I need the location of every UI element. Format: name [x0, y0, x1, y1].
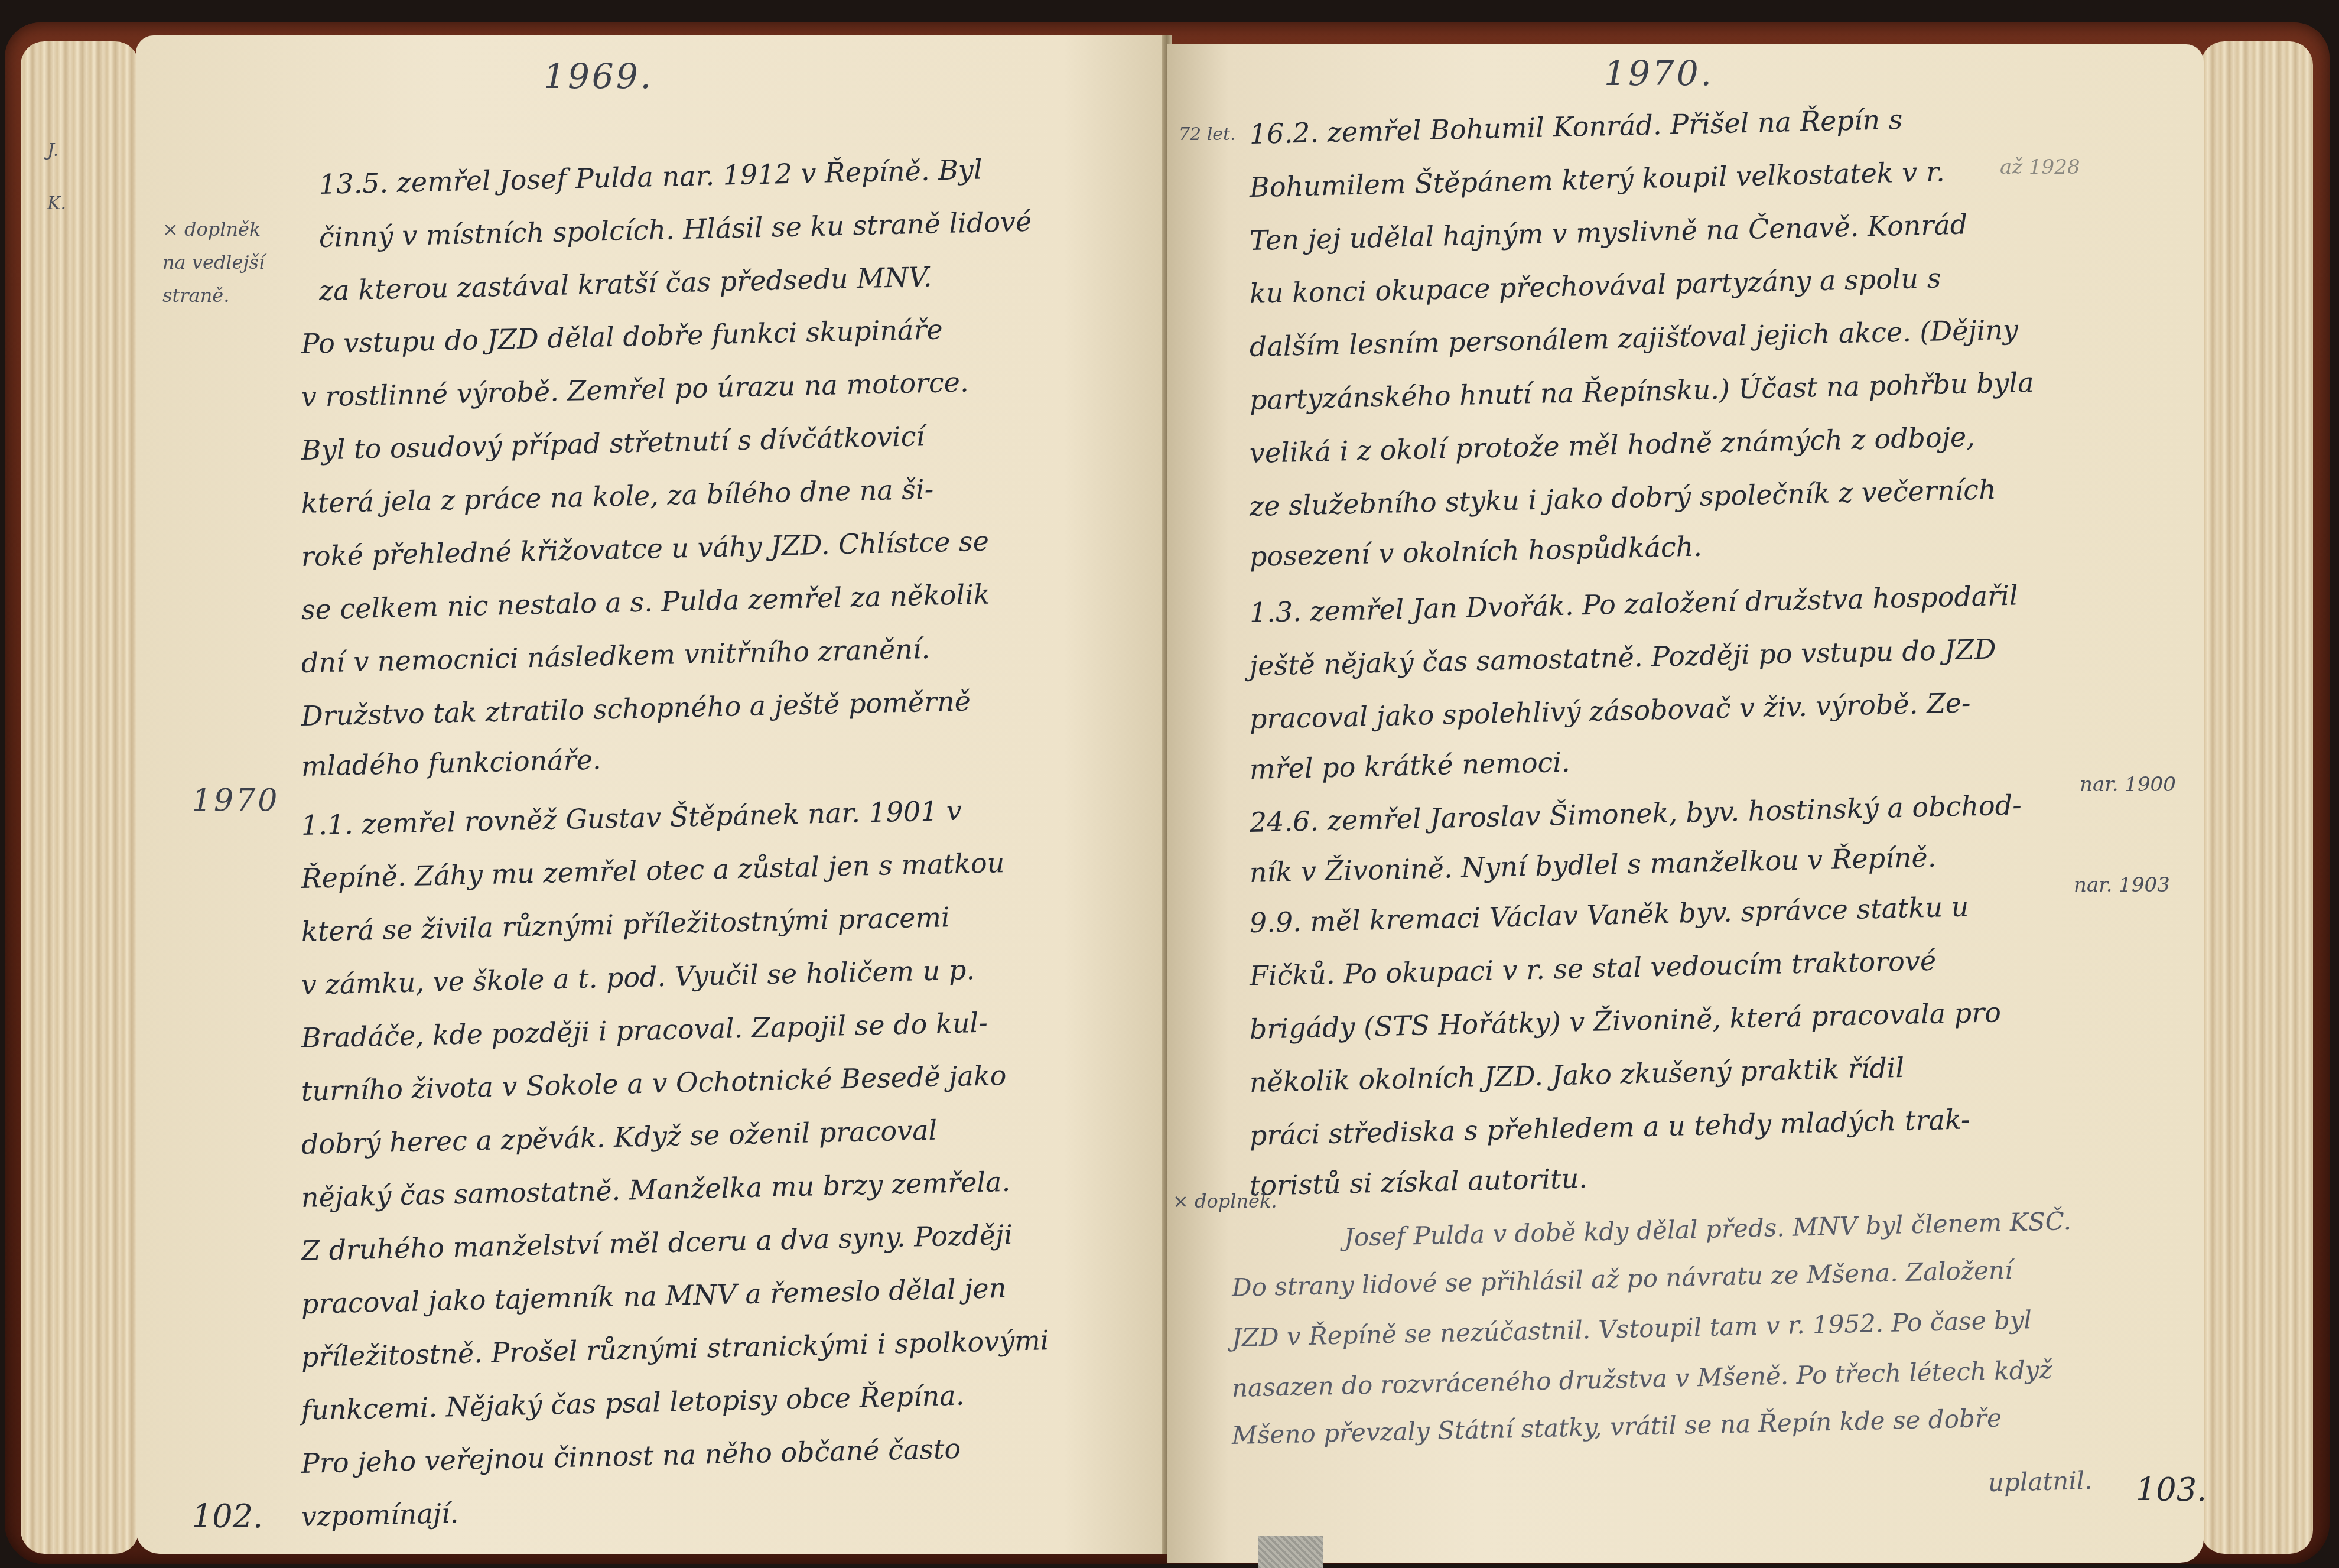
text-line: ještě nějaký čas samostatně. Později po … [1249, 633, 1996, 682]
text-line: Pro jeho veřejnou činnost na něho občané… [301, 1433, 961, 1479]
text-line: 9.9. měl kremaci Václav Vaněk byv. správ… [1249, 890, 1969, 939]
addendum-line: Do strany lidové se přihlásil až po návr… [1231, 1255, 2012, 1302]
text-line: Bohumilem Štěpánem který koupil velkosta… [1249, 155, 1945, 203]
addendum-label: × doplněk. [1173, 1185, 1277, 1218]
year-heading-right: 1970. [1604, 53, 1714, 93]
margin-addition-since: až 1928 [2000, 151, 2080, 184]
text-line: ník v Živonině. Nyní bydlel s manželkou … [1249, 841, 1936, 889]
text-line: 1.3. zemřel Jan Dvořák. Po založení druž… [1249, 579, 2018, 629]
text-line: Ten jej udělal hajným v myslivně na Čena… [1249, 208, 1967, 256]
age-note: 72 let. [1179, 118, 1236, 151]
text-line: turního života v Sokole a v Ochotnické B… [301, 1059, 1007, 1107]
text-line: Z druhého manželství měl dceru a dva syn… [301, 1219, 1013, 1267]
text-line: 24.6. zemřel Jaroslav Šimonek, byv. host… [1249, 789, 2022, 838]
text-line: v zámku, ve škole a t. pod. Vyučil se ho… [301, 954, 975, 1001]
text-line: Družstvo tak ztratilo schopného a ještě … [301, 685, 971, 732]
birth-note: nar. 1900 [2080, 768, 2176, 801]
text-line: nějaký čas samostatně. Manželka mu brzy … [301, 1166, 1010, 1214]
page-number-left: 102. [192, 1498, 263, 1535]
edge-marks: J. K. [47, 124, 66, 230]
text-line: brigády (STS Hořátky) v Živonině, která … [1249, 996, 2001, 1045]
page-edges-left [21, 41, 139, 1554]
text-line: Řepíně. Záhy mu zemřel otec a zůstal jen… [301, 847, 1004, 894]
addendum-line: JZD v Řepíně se nezúčastnil. Vstoupil ta… [1231, 1305, 2032, 1352]
addendum-line: nasazen do rozvráceného družstva v Mšeně… [1231, 1355, 2052, 1402]
text-line: dalším lesním personálem zajišťoval jeji… [1249, 313, 2018, 363]
text-line: ze služebního styku i jako dobrý společn… [1249, 473, 1996, 522]
text-line: Po vstupu do JZD dělal dobře funkci skup… [301, 313, 943, 360]
bookmark-ribbon [1258, 1536, 1323, 1568]
addendum-line: Mšeno převzaly Státní statky, vrátil se … [1231, 1403, 2002, 1450]
text-line: partyzánského hnutí na Řepínsku.) Účast … [1249, 366, 2034, 416]
text-line: toristů si získal autoritu. [1249, 1162, 1587, 1202]
text-line: roké přehledné křižovatce u váhy JZD. Ch… [301, 525, 989, 572]
text-line: za kterou zastával kratší čas předsedu M… [318, 261, 932, 307]
text-line: veliká i z okolí protože měl hodně známý… [1249, 421, 1975, 469]
page-edges-right [2201, 41, 2313, 1554]
text-line: práci střediska s přehledem a u tehdy ml… [1249, 1103, 1970, 1151]
text-line: funkcemi. Nějaký čas psal letopisy obce … [301, 1380, 964, 1426]
text-line: příležitostně. Prošel různými stranickým… [301, 1324, 1049, 1373]
text-line: 1.1. zemřel rovněž Gustav Štěpánek nar. … [301, 795, 962, 841]
text-line: dní v nemocnici následkem vnitřního zran… [301, 633, 930, 679]
birth-note: nar. 1903 [2074, 868, 2170, 902]
text-line: se celkem nic nestalo a s. Pulda zemřel … [301, 578, 990, 626]
margin-note: × doplněk na vedlejší straně. [162, 213, 265, 312]
text-line: ku konci okupace přechovával partyzány a… [1249, 262, 1941, 310]
addendum-line: Josef Pulda v době kdy dělal předs. MNV … [1343, 1206, 2071, 1252]
text-line: 16.2. zemřel Bohumil Konrád. Přišel na Ř… [1249, 103, 1903, 150]
text-line: dobrý herec a zpěvák. Když se oženil pra… [301, 1114, 937, 1160]
text-line: mřel po krátké nemoci. [1249, 746, 1570, 785]
text-line: pracoval jako tajemník na MNV a řemeslo … [301, 1272, 1007, 1320]
text-line: která se živila různými příležitostnými … [301, 901, 950, 948]
text-line: která jela z práce na kole, za bílého dn… [301, 473, 933, 519]
year-marker-1970: 1970 [192, 783, 279, 818]
addendum-line: uplatnil. [1987, 1466, 2093, 1497]
text-line: pracoval jako spolehlivý zásobovač v živ… [1249, 687, 1971, 735]
text-line: činný v místních spolcích. Hlásil se ku … [318, 206, 1032, 253]
text-line: Fičků. Po okupaci v r. se stal vedoucím … [1249, 945, 1936, 992]
text-line: Byl to osudový případ střetnutí s dívčát… [301, 420, 925, 466]
text-line: několik okolních JZD. Jako zkušený prakt… [1249, 1052, 1904, 1098]
text-line: vzpomínají. [301, 1497, 459, 1533]
text-line: Bradáče, kde později i pracoval. Zapojil… [301, 1007, 988, 1054]
page-number-right: 103. [2136, 1471, 2207, 1508]
text-line: 13.5. zemřel Josef Pulda nar. 1912 v Řep… [318, 154, 983, 200]
text-line: posezení v okolních hospůdkách. [1249, 531, 1702, 572]
right-page: 1970. 72 let. až 1928 nar. 1900 nar. 190… [1167, 44, 2204, 1563]
text-line: v rostlinné výrobě. Zemřel po úrazu na m… [301, 366, 969, 413]
year-heading-left: 1969. [544, 56, 653, 96]
left-page: J. K. 1969. × doplněk na vedlejší straně… [136, 35, 1167, 1554]
text-line: mladého funkcionáře. [301, 743, 601, 782]
